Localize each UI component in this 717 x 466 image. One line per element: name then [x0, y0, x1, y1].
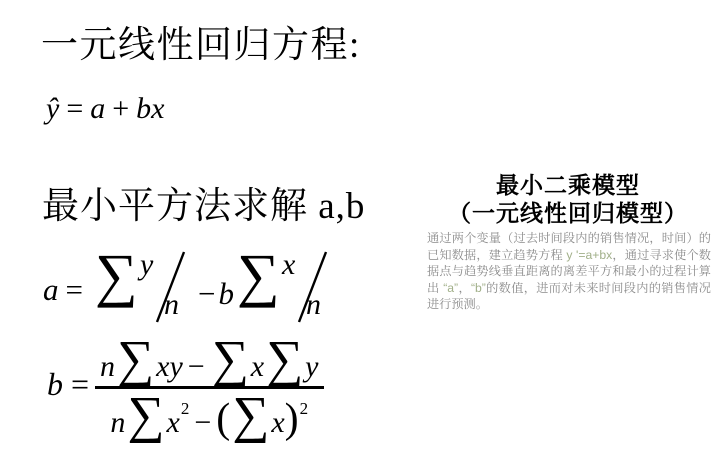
fraction: n ∑ xy − ∑ x ∑ y n ∑ x 2 − ( ∑ x	[95, 336, 323, 439]
x-term: x	[251, 352, 264, 382]
right-heading-line1: 最小二乘模型	[420, 172, 716, 200]
sigma-icon: ∑	[237, 245, 280, 305]
x-term: x	[271, 408, 284, 438]
sigma-icon: ∑	[95, 245, 138, 305]
numerator-y: y	[140, 250, 153, 280]
fraction-sum-y-over-n: ∑ y n	[95, 250, 200, 328]
sigma-icon: ∑	[212, 336, 249, 383]
y-term: y	[305, 352, 318, 382]
sigma-icon: ∑	[232, 392, 269, 439]
n-term: n	[100, 352, 115, 382]
fraction-sum-x-over-n: ∑ x n	[237, 250, 342, 328]
variable-b: b	[47, 366, 63, 402]
plus-sign: +	[112, 92, 129, 125]
xy-term: xy	[156, 352, 183, 382]
minus-sign: −	[198, 276, 215, 311]
y-hat-term: ŷ	[46, 92, 59, 125]
inline-a-value: “a”	[443, 281, 458, 295]
equals-sign: =	[66, 272, 83, 307]
variable-a: a	[43, 272, 59, 307]
n-term: n	[110, 408, 125, 438]
left-paren: (	[216, 399, 230, 439]
squared-exponent: 2	[300, 400, 309, 417]
right-heading-line2: （一元线性回归模型）	[420, 200, 716, 228]
inline-equation: y '=a+bx	[566, 248, 612, 262]
x-term: x	[166, 408, 179, 438]
section-subtitle: 最小平方法求解 a,b	[42, 175, 365, 229]
regression-equation: ŷ=a+bx	[46, 92, 165, 126]
squared-exponent: 2	[181, 400, 190, 417]
fraction-denominator: n ∑ x 2 − ( ∑ x ) 2	[105, 389, 313, 439]
minus-b-term: −b	[198, 276, 234, 312]
minus-sign: −	[194, 408, 211, 438]
coefficient-b: b	[218, 276, 234, 311]
sigma-icon: ∑	[127, 392, 164, 439]
numerator-x: x	[282, 250, 295, 280]
formula-b: b= n ∑ xy − ∑ x ∑ y n ∑ x 2 −	[47, 336, 324, 439]
sigma-icon: ∑	[117, 336, 154, 383]
formula-a-lhs: a=	[43, 272, 83, 308]
right-heading: 最小二乘模型 （一元线性回归模型）	[420, 172, 716, 228]
formula-a: a= ∑ y n −b ∑ x n	[43, 250, 373, 334]
description-text: 通过两个变量（过去时间段内的销售情况，时间）的已知数据，建立趋势方程 y '=a…	[427, 230, 711, 313]
fraction-numerator: n ∑ xy − ∑ x ∑ y	[95, 336, 323, 389]
denominator-n: n	[306, 290, 321, 320]
intercept-term: a	[90, 92, 105, 125]
para-segment: ，	[458, 281, 471, 295]
denominator-n: n	[164, 290, 179, 320]
sigma-icon: ∑	[266, 336, 303, 383]
formula-b-lhs: b=	[47, 366, 89, 403]
page-title: 一元线性回归方程:	[41, 14, 361, 68]
inline-b-value: “b”	[471, 281, 486, 295]
right-paren: )	[285, 399, 299, 439]
minus-sign: −	[188, 352, 205, 382]
slope-term: bx	[136, 92, 164, 125]
slide-canvas: 一元线性回归方程: ŷ=a+bx 最小平方法求解 a,b a= ∑ y n −b…	[0, 0, 717, 466]
equals-sign: =	[66, 92, 83, 125]
equals-sign: =	[71, 366, 89, 402]
